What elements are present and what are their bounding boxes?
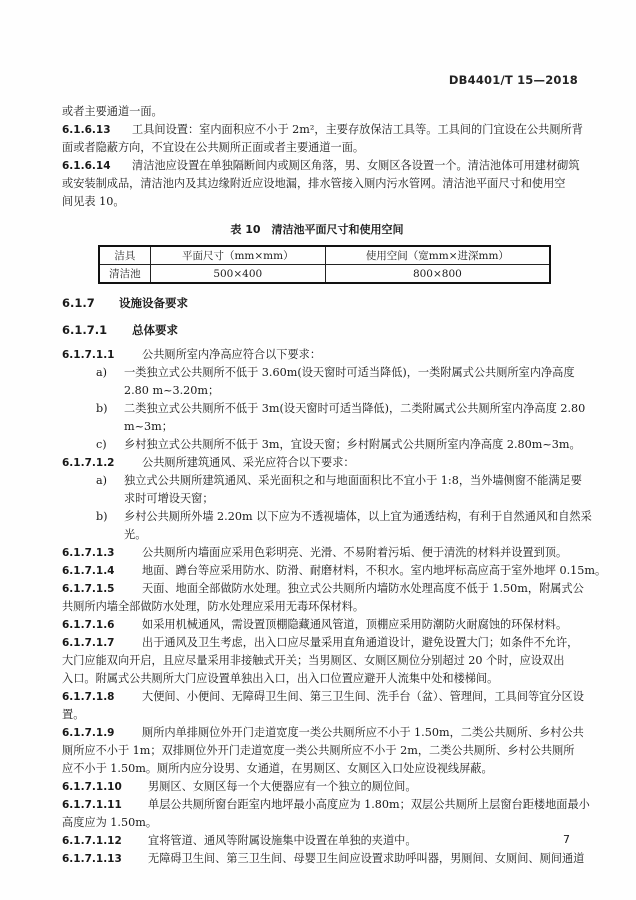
clause-6-1-7-1-8: 6.1.7.1.8大便间、小便间、无障碍卫生间、第三卫生间、洗手台（盆）、管理间… [62, 688, 572, 724]
clause-6-1-7-1-5: 6.1.7.1.5天面、地面全部做防水处理。独立式公共厕所内墙防水处理高度不低于… [62, 580, 572, 616]
paragraph-continuation: 或者主要通道一面。 [62, 103, 572, 121]
clause-6-1-7-1-12: 6.1.7.1.12宜将管道、通风等附属设施集中设置在单独的夹道中。 [62, 832, 572, 850]
table-header-row: 洁具 平面尺寸（mm×mm） 使用空间（宽mm×进深mm） [99, 246, 550, 265]
list-item-continuation: m~3m； [62, 418, 572, 436]
clause-6-1-7-1-4: 6.1.7.1.4地面、蹲台等应采用防水、防滑、耐磨材料，不积水。室内地坪标高应… [62, 562, 572, 580]
page-content: 或者主要通道一面。 6.1.6.13工具间设置：室内面积应不小于 2m²，主要存… [62, 103, 572, 868]
table-cell: 800×800 [325, 265, 550, 284]
document-code: DB4401/T 15—2018 [449, 73, 578, 87]
table-row: 清洁池 500×400 800×800 [99, 265, 550, 284]
table-cell: 500×400 [150, 265, 325, 284]
table-header-cell: 使用空间（宽mm×进深mm） [325, 246, 550, 265]
document-page: DB4401/T 15—2018 或者主要通道一面。 6.1.6.13工具间设置… [0, 0, 636, 900]
list-item: c)乡村独立式公共厕所不低于 3m，宜设天窗；乡村附属式公共厕所室内净高度 2.… [62, 436, 572, 454]
list-item-continuation: 光。 [62, 526, 572, 544]
table-header-cell: 平面尺寸（mm×mm） [150, 246, 325, 265]
clause-6-1-6-13: 6.1.6.13工具间设置：室内面积应不小于 2m²，主要存放保洁工具等。工具间… [62, 121, 572, 157]
clause-number: 6.1.7.1.1 [62, 346, 142, 364]
list-item: b)乡村公共厕所外墙 2.20m 以下应为不透视墙体，以上宜为通透结构，有利于自… [62, 508, 572, 526]
list-item-continuation: 求时可增设天窗； [62, 490, 572, 508]
list-item: b)二类独立式公共厕所不低于 3m(设天窗时可适当降低)，二类附属式公共厕所室内… [62, 400, 572, 418]
table-header-cell: 洁具 [99, 246, 150, 265]
section-heading-6-1-7: 6.1.7设施设备要求 [62, 294, 572, 312]
clause-6-1-7-1-13: 6.1.7.1.13无障碍卫生间、第三卫生间、母婴卫生间应设置求助呼叫器，男厕间… [62, 850, 572, 868]
clause-6-1-7-1-7: 6.1.7.1.7出于通风及卫生考虑，出入口应尽量采用直角通道设计，避免设置大门… [62, 634, 572, 688]
clause-text: 面或者隐蔽方向，不宜设在公共厕所正面或者主要通道一面。 [62, 139, 572, 157]
clause-6-1-7-1-9: 6.1.7.1.9厕所内单排厕位外开门走道宽度一类公共厕所应不小于 1.50m，… [62, 724, 572, 778]
clause-number: 6.1.6.14 [62, 157, 132, 175]
clause-6-1-7-1-10: 6.1.7.1.10男厕区、女厕区每一个大便器应有一个独立的厕位间。 [62, 778, 572, 796]
table-cell: 清洁池 [99, 265, 150, 284]
clause-text: 清洁池应设置在单独隔断间内或厕区角落，男、女厕区各设置一个。清洁池体可用建材砌筑 [132, 159, 580, 172]
clause-number: 6.1.7.1.2 [62, 454, 142, 472]
clause-text: 工具间设置：室内面积应不小于 2m²，主要存放保洁工具等。工具间的门宜设在公共厕… [132, 123, 583, 136]
list-item: a)独立式公共厕所建筑通风、采光面积之和与地面面积比不宜小于 1:8，当外墙侧窗… [62, 472, 572, 490]
cleaning-pool-table: 洁具 平面尺寸（mm×mm） 使用空间（宽mm×进深mm） 清洁池 500×40… [98, 245, 551, 284]
list-item-continuation: 2.80 m~3.20m； [62, 382, 572, 400]
clause-6-1-7-1-3: 6.1.7.1.3公共厕所内墙面应采用色彩明亮、光滑、不易附着污垢、便于清洗的材… [62, 544, 572, 562]
clause-number: 6.1.6.13 [62, 121, 132, 139]
clause-6-1-7-1-1: 6.1.7.1.1公共厕所室内净高应符合以下要求： a)一类独立式公共厕所不低于… [62, 346, 572, 454]
clause-6-1-7-1-6: 6.1.7.1.6如采用机械通风，需设置顶棚隐藏通风管道，顶棚应采用防潮防火耐腐… [62, 616, 572, 634]
clause-6-1-6-14: 6.1.6.14清洁池应设置在单独隔断间内或厕区角落，男、女厕区各设置一个。清洁… [62, 157, 572, 211]
clause-text: 或安装制成品，清洁池内及其边缘附近应设地漏，排水管接入厕内污水管网。清洁池平面尺… [62, 175, 572, 193]
table-title: 表 10 清洁池平面尺寸和使用空间 [62, 221, 572, 237]
clause-text: 间见表 10。 [62, 193, 572, 211]
page-number: 7 [563, 833, 570, 846]
section-heading-6-1-7-1: 6.1.7.1总体要求 [62, 321, 572, 339]
clause-6-1-7-1-2: 6.1.7.1.2公共厕所建筑通风、采光应符合以下要求： a)独立式公共厕所建筑… [62, 454, 572, 544]
list-item: a)一类独立式公共厕所不低于 3.60m(设天窗时可适当降低)，一类附属式公共厕… [62, 364, 572, 382]
clause-6-1-7-1-11: 6.1.7.1.11单层公共厕所窗台距室内地坪最小高度应为 1.80m；双层公共… [62, 796, 572, 832]
